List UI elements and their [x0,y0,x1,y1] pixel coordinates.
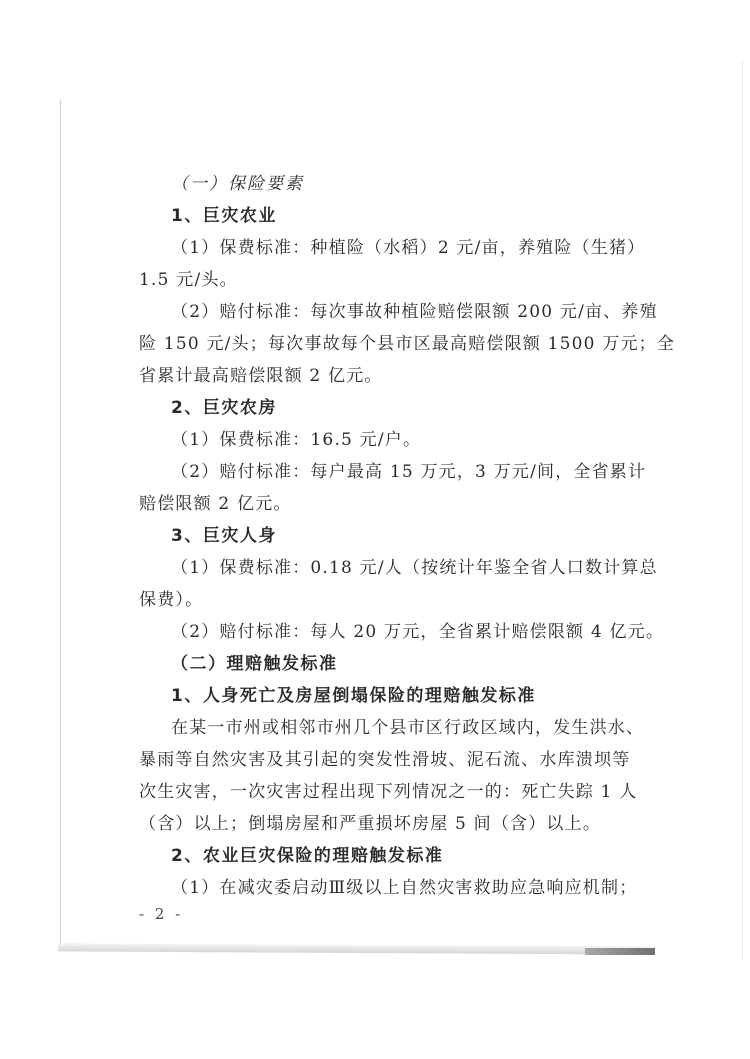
paragraph-line: 保费）。 [139,589,203,611]
paragraph-line: （2）赔付标准：每户最高 15 万元，3 万元/间，全省累计 [171,461,646,483]
section-heading: 2、农业巨灾保险的理赔触发标准 [171,845,443,867]
paragraph-line: （1）保费标准：种植险（水稻）2 元/亩，养殖险（生猪） [171,237,645,259]
paragraph-line: （2）赔付标准：每次事故种植险赔偿限额 200 元/亩、养殖 [171,301,658,323]
section-heading: （二）理赔触发标准 [171,653,338,675]
section-heading: 2、巨灾农房 [171,397,277,419]
page-edge-left [60,100,61,950]
section-heading: 1、巨灾农业 [171,205,277,227]
section-heading: 3、巨灾人身 [171,525,277,547]
paragraph-line: （1）在减灾委启动Ⅲ级以上自然灾害救助应急响应机制； [171,877,637,899]
paragraph-line: 省累计最高赔偿限额 2 亿元。 [139,365,383,387]
paragraph-line: 在某一市州或相邻市州几个县市区行政区域内，发生洪水、 [171,717,644,739]
paragraph-line: 暴雨等自然灾害及其引起的突发性滑坡、泥石流、水库溃坝等 [139,749,630,771]
page-edge-right [742,60,743,960]
page-edge-shadow [585,948,655,955]
paragraph-line: 1.5 元/头。 [139,269,238,291]
section-heading: （一）保险要素 [171,173,304,195]
section-heading: 1、人身死亡及房屋倒塌保险的理赔触发标准 [171,685,536,707]
paragraph-line: （2）赔付标准：每人 20 万元，全省累计赔偿限额 4 亿元。 [171,621,664,643]
paragraph-line: 次生灾害，一次灾害过程出现下列情况之一的：死亡失踪 1 人 [139,781,637,803]
paragraph-line: （1）保费标准：0.18 元/人（按统计年鉴全省人口数计算总 [171,557,658,579]
page-edge-bottom [58,943,655,954]
paragraph-line: 险 150 元/头；每次事故每个县市区最高赔偿限额 1500 万元；全 [139,333,675,355]
paragraph-line: （含）以上；倒塌房屋和严重损坏房屋 5 间（含）以上。 [139,813,601,835]
paragraph-line: 赔偿限额 2 亿元。 [139,493,292,515]
paragraph-line: （1）保费标准：16.5 元/户。 [171,429,421,451]
page-number: - 2 - [139,905,183,923]
